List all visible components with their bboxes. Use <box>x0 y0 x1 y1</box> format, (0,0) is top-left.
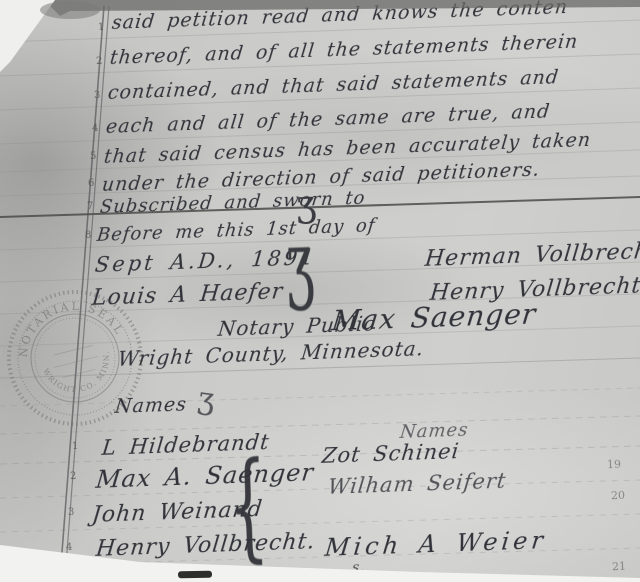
roster-name: Henry Vollbrecht. <box>95 529 317 562</box>
edge-line-number: 21 <box>612 560 626 573</box>
signature: Herman Vollbrecht <box>424 239 640 272</box>
roster-name: Max A. Saenger <box>95 458 316 494</box>
margin-number: 4 <box>92 123 99 134</box>
edge-line-number: 20 <box>611 489 625 502</box>
roster-name: Zot Schinei <box>321 439 461 468</box>
notary-signature: Louis A Haefer <box>91 279 285 311</box>
cutoff-fragment: s. <box>351 559 366 576</box>
roster-number: 4 <box>66 542 73 553</box>
bottom-ink-smudge <box>178 571 212 579</box>
roster-name: Mich A Weier <box>324 526 549 562</box>
affidavit-line: thereof, and of all the statements there… <box>109 31 580 69</box>
flourish-names: ʒ <box>196 381 218 418</box>
signature: Henry Vollbrecht. <box>429 273 640 306</box>
roster-number: 2 <box>70 471 77 482</box>
affidavit-line: contained, and that said statements and <box>107 66 560 104</box>
scanner-white-topleft <box>0 0 55 72</box>
margin-number: 1 <box>98 22 105 33</box>
venue-line: Wright County, Minnesota. <box>117 336 426 371</box>
margin-number: 2 <box>96 56 103 67</box>
seal-bottom-text: WRIGHT CO. MINN. <box>40 349 119 402</box>
affidavit-line: said petition read and knows the conten <box>111 0 569 34</box>
margin-number: 7 <box>87 201 94 212</box>
roster-number: 3 <box>68 507 75 518</box>
edge-line-number: 19 <box>607 458 621 471</box>
roster-number: 1 <box>72 441 79 452</box>
margin-number: 6 <box>88 178 95 189</box>
scanned-document-page: NOTARIAL SEAL WRIGHT CO. MINN. said peti… <box>0 0 640 582</box>
margin-number: 8 <box>85 230 92 241</box>
brace-jurat: ʒ <box>284 214 316 314</box>
svg-text:WRIGHT CO. MINN.: WRIGHT CO. MINN. <box>40 349 119 402</box>
margin-number: 3 <box>94 90 101 101</box>
roster-name: Wilham Seifert <box>327 469 508 499</box>
margin-number: 5 <box>90 151 97 162</box>
top-edge-blob <box>40 1 100 19</box>
affidavit-line: Before me this 1st day of <box>96 215 377 246</box>
roster-left-header: Names <box>114 393 188 418</box>
